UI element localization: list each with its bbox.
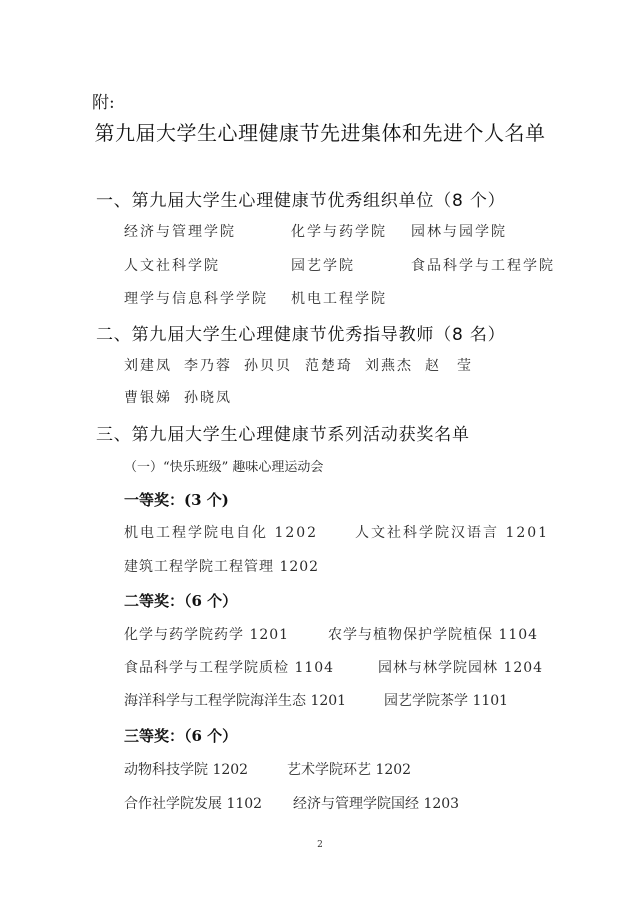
teacher-name: 曹银娣 xyxy=(124,387,172,407)
teacher-name: 范楚琦 xyxy=(305,355,353,375)
section-3-heading: 三、第九届大学生心理健康节系列活动获奖名单 xyxy=(96,420,470,445)
unit-item: 人文社科学院 xyxy=(124,255,220,275)
section-1-heading: 一、第九届大学生心理健康节优秀组织单位（8 个） xyxy=(96,186,505,211)
teacher-name: 刘建凤 xyxy=(124,355,172,375)
winner-item: 食品科学与工程学院质检 1104 xyxy=(124,657,334,677)
unit-item: 食品科学与工程学院 xyxy=(411,255,555,275)
unit-item: 经济与管理学院 xyxy=(124,221,236,241)
winner-item: 建筑工程学院工程管理 1202 xyxy=(124,556,319,576)
winner-item: 动物科技学院 1202 xyxy=(124,759,248,779)
winner-item: 园艺学院茶学 1101 xyxy=(384,690,508,710)
second-prize-label: 二等奖：（6 个） xyxy=(124,590,237,611)
winner-item: 合作社学院发展 1102 xyxy=(124,793,262,813)
unit-item: 理学与信息科学学院 xyxy=(124,288,268,308)
teacher-name: 孙晓凤 xyxy=(184,387,232,407)
teacher-name: 孙贝贝 xyxy=(244,355,292,375)
third-prize-label: 三等奖：（6 个） xyxy=(124,725,237,746)
winner-item: 经济与管理学院国经 1203 xyxy=(293,793,459,813)
winner-item: 艺术学院环艺 1202 xyxy=(287,759,411,779)
winner-item: 机电工程学院电自化 1202 xyxy=(124,522,318,542)
winner-item: 人文社科学院汉语言 1201 xyxy=(355,522,549,542)
unit-item: 园艺学院 xyxy=(291,255,355,275)
winner-item: 化学与药学院药学 1201 xyxy=(124,624,289,644)
unit-item: 化学与药学院 xyxy=(291,221,387,241)
winner-item: 海洋科学与工程学院海洋生态 1201 xyxy=(124,690,346,710)
first-prize-label: 一等奖：(3 个) xyxy=(124,489,229,510)
teacher-name: 刘燕杰 xyxy=(365,355,413,375)
teacher-name: 赵 莹 xyxy=(425,355,473,375)
winner-item: 农学与植物保护学院植保 1104 xyxy=(328,624,538,644)
winner-item: 园林与林学院园林 1204 xyxy=(378,657,543,677)
unit-item: 园林与园学院 xyxy=(411,221,507,241)
teacher-name: 李乃蓉 xyxy=(184,355,232,375)
event-title: （一）“快乐班级” 趣味心理运动会 xyxy=(124,456,323,475)
unit-item: 机电工程学院 xyxy=(291,288,387,308)
annex-label: 附: xyxy=(92,88,115,113)
document-title: 第九届大学生心理健康节先进集体和先进个人名单 xyxy=(0,117,640,146)
section-2-heading: 二、第九届大学生心理健康节优秀指导教师（8 名） xyxy=(96,320,505,345)
page-number: 2 xyxy=(0,840,640,850)
